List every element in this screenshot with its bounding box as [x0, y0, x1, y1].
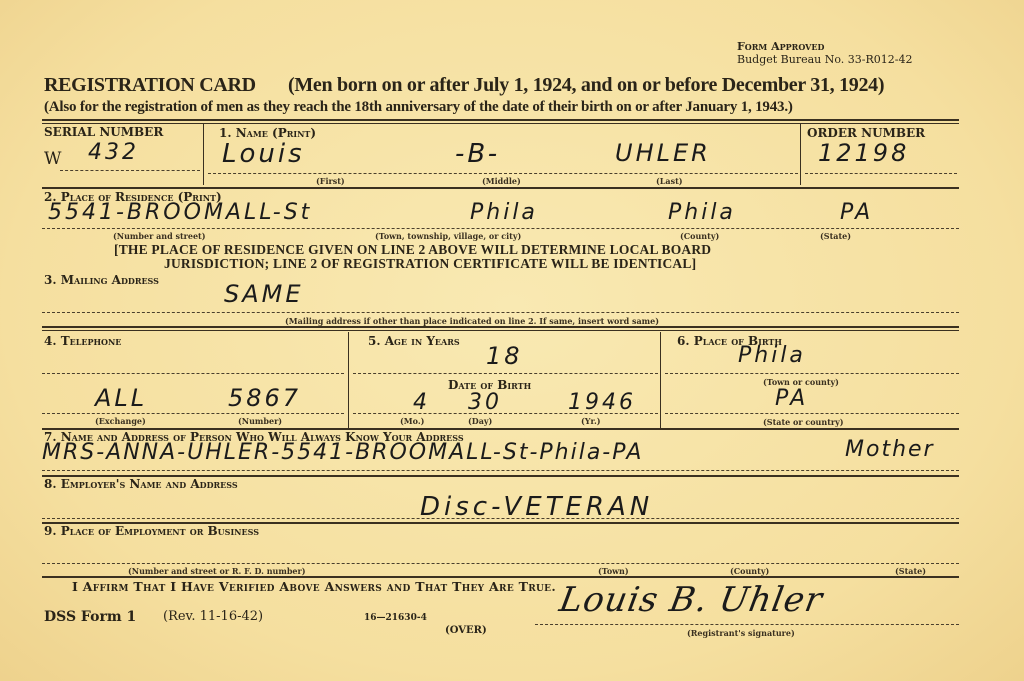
registrant-signature: Louis B. Uhler [556, 580, 826, 620]
caption-number: (Number) [238, 416, 282, 426]
header-rule [42, 119, 959, 124]
telephone-line-2 [42, 413, 344, 414]
rule [42, 576, 959, 578]
caption-exchange: (Exchange) [95, 416, 146, 426]
residence-line [42, 228, 959, 229]
serial-prefix: W [44, 149, 61, 169]
birth-day-value: 30 [468, 390, 502, 415]
employer-label: 8. Employer's Name and Address [44, 477, 238, 491]
telephone-line [42, 373, 344, 374]
telephone-label: 4. Telephone [44, 334, 121, 348]
caption-middle: (Middle) [482, 176, 521, 186]
rule [42, 326, 959, 331]
print-code: 16—21630-4 [364, 613, 427, 623]
birthplace-town-value: Phila [738, 343, 806, 368]
serial-line [60, 170, 200, 171]
residence-town-value: Phila [470, 200, 538, 225]
form-subtitle: (Also for the registration of men as the… [44, 99, 793, 116]
caption-state: (State) [820, 231, 851, 241]
name-line [208, 173, 798, 174]
order-number-label: ORDER NUMBER [807, 126, 925, 140]
caption-employment-state: (State) [895, 566, 926, 576]
form-approved: Form Approved [737, 40, 824, 53]
name-middle-value: -B- [455, 139, 500, 169]
title-qualifier: (Men born on or after July 1, 1924, and … [288, 74, 884, 97]
employer-line [42, 518, 959, 519]
contact-line [42, 470, 959, 471]
caption-employment-town: (Town) [598, 566, 629, 576]
form-title: REGISTRATION CARD [44, 74, 256, 97]
serial-number-label: SERIAL NUMBER [44, 125, 163, 139]
caption-day: (Day) [468, 416, 492, 426]
caption-first: (First) [316, 176, 345, 186]
order-line [805, 173, 957, 174]
dob-line [353, 413, 658, 414]
signature-line [535, 624, 959, 625]
age-label: 5. Age in Years [368, 334, 460, 348]
caption-town: (Town, township, village, or city) [375, 231, 521, 241]
age-value: 18 [486, 342, 523, 370]
birthplace-line-2 [665, 413, 959, 414]
birthplace-line [665, 373, 959, 374]
caption-street: (Number and street) [113, 231, 206, 241]
mailing-address-value: SAME [224, 280, 304, 308]
birthplace-state-value: PA [775, 386, 808, 411]
telephone-number-value: 5867 [228, 384, 301, 412]
name-first-value: Louis [222, 139, 305, 169]
serial-number-value: 432 [88, 140, 139, 165]
rule [42, 187, 959, 189]
name-label: 1. Name (Print) [219, 126, 316, 140]
telephone-exchange-value: ALL [95, 384, 147, 412]
birth-year-value: 1946 [568, 390, 636, 415]
order-number-value: 12198 [818, 139, 909, 167]
name-last-value: UHLER [615, 139, 711, 167]
caption-last: (Last) [656, 176, 683, 186]
employment-line [42, 563, 959, 564]
residence-notice-line2: JURISDICTION; LINE 2 OF REGISTRATION CER… [164, 256, 696, 272]
residence-state-value: PA [840, 200, 873, 225]
caption-month: (Mo.) [400, 416, 424, 426]
caption-employment-county: (County) [730, 566, 769, 576]
form-id: DSS Form 1 [44, 609, 136, 625]
over-note: (OVER) [445, 625, 487, 636]
employment-label: 9. Place of Employment or Business [44, 524, 259, 538]
mailing-line [42, 312, 959, 313]
divider [348, 332, 349, 428]
affirmation-text: I Affirm That I Have Verified Above Answ… [72, 579, 556, 594]
residence-county-value: Phila [668, 200, 736, 225]
divider [660, 332, 661, 428]
contact-value: MRS-ANNA-UHLER-5541-BROOMALL-St-Phila-PA [42, 440, 643, 465]
divider [800, 123, 801, 185]
residence-street-value: 5541-BROOMALL-St [48, 200, 312, 225]
caption-employment-street: (Number and street or R. F. D. number) [128, 566, 306, 576]
mailing-address-label: 3. Mailing Address [44, 273, 159, 287]
form-revision: (Rev. 11-16-42) [163, 609, 263, 624]
caption-year: (Yr.) [581, 416, 601, 426]
caption-mailing: (Mailing address if other than place ind… [285, 316, 659, 326]
caption-signature: (Registrant's signature) [687, 628, 795, 638]
caption-state-country: (State or country) [763, 417, 844, 427]
birth-month-value: 4 [413, 390, 430, 415]
contact-relation-value: Mother [845, 437, 935, 462]
registration-card: Form Approved Budget Bureau No. 33-R012-… [0, 0, 1024, 681]
budget-bureau-number: Budget Bureau No. 33-R012-42 [737, 53, 913, 66]
divider [203, 123, 204, 185]
age-line [353, 373, 658, 374]
caption-county: (County) [680, 231, 719, 241]
